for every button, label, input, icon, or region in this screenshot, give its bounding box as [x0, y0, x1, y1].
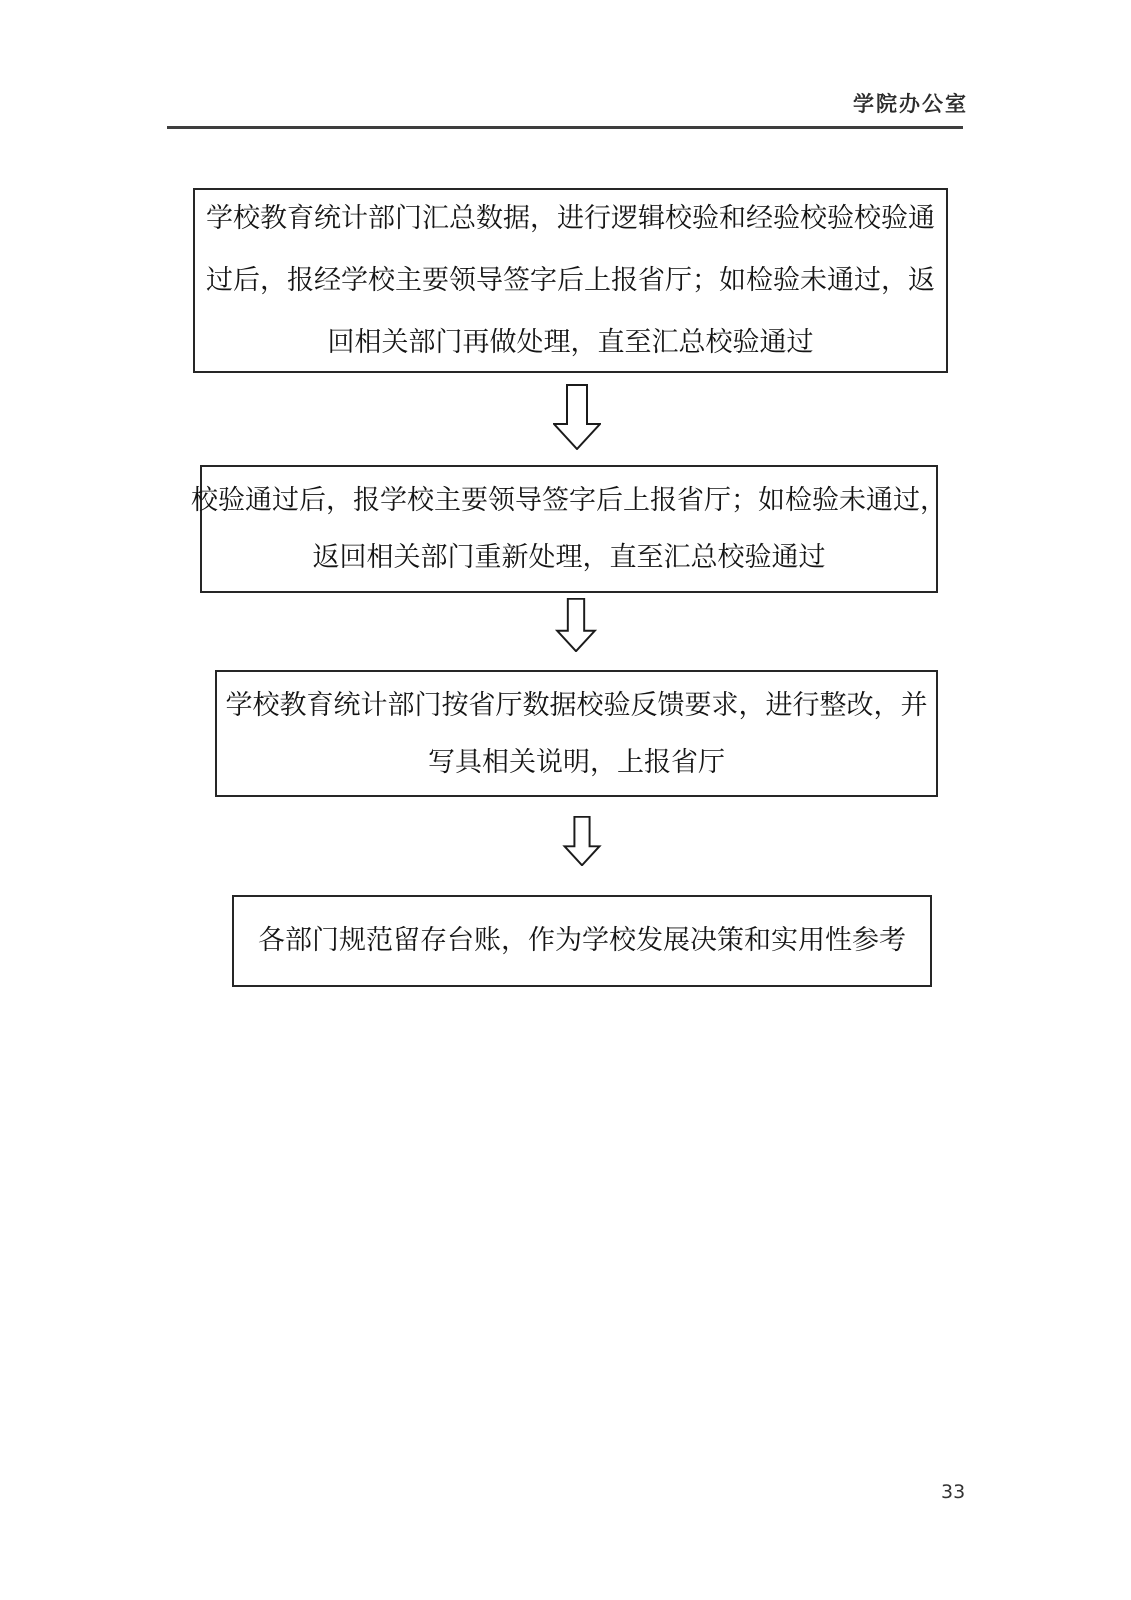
flow-step-box-4: 各部门规范留存台账，作为学校发展决策和实用性参考: [232, 895, 932, 987]
page-number: 33: [941, 1481, 965, 1503]
down-arrow-icon: [554, 598, 598, 652]
flow-step-line: 各部门规范留存台账，作为学校发展决策和实用性参考: [258, 921, 906, 961]
header-divider: [167, 126, 963, 129]
flow-step-line: 学校教育统计部门按省厅数据校验反馈要求，进行整改，并: [226, 677, 928, 734]
flow-step-box-1: 学校教育统计部门汇总数据，进行逻辑校验和经验校验校验通 过后，报经学校主要领导签…: [193, 188, 948, 373]
down-arrow-icon: [553, 384, 601, 450]
flow-step-box-3: 学校教育统计部门按省厅数据校验反馈要求，进行整改，并 写具相关说明，上报省厅: [215, 670, 938, 797]
flow-step-line: 写具相关说明，上报省厅: [428, 734, 725, 791]
flow-step-box-2: 校验通过后，报学校主要领导签字后上报省厅；如检验未通过， 返回相关部门重新处理，…: [200, 465, 938, 593]
flow-step-line: 校验通过后，报学校主要领导签字后上报省厅；如检验未通过，: [191, 472, 947, 529]
header-department-label: 学院办公室: [853, 88, 968, 118]
down-arrow-icon: [561, 816, 603, 866]
document-page: 学院办公室 学校教育统计部门汇总数据，进行逻辑校验和经验校验校验通 过后，报经学…: [0, 0, 1131, 1600]
flow-step-line: 过后，报经学校主要领导签字后上报省厅；如检验未通过，返: [206, 250, 935, 312]
flow-step-line: 回相关部门再做处理，直至汇总校验通过: [328, 312, 814, 374]
flow-step-line: 学校教育统计部门汇总数据，进行逻辑校验和经验校验校验通: [206, 188, 935, 250]
flow-step-line: 返回相关部门重新处理，直至汇总校验通过: [313, 529, 826, 586]
